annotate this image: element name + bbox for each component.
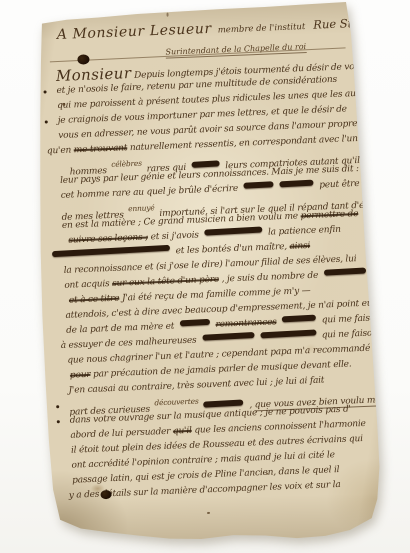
address-role: membre de l'institut	[218, 22, 306, 36]
inserted-word: découvertes	[154, 397, 198, 408]
obliterated-segment	[202, 332, 254, 341]
obliterated-segment	[243, 181, 273, 189]
text-segment: et si j'avois	[148, 230, 202, 242]
text-segment	[276, 317, 279, 327]
struck-segment: sur eux la tête d'un père	[112, 275, 219, 289]
ink-speck	[166, 13, 168, 17]
margin-dot	[44, 90, 47, 93]
ink-blot	[77, 54, 89, 64]
struck-segment: et à ce titre	[69, 294, 120, 306]
text-segment: qui ne faisoient	[319, 328, 389, 341]
text-segment: abord de lui persuader	[70, 427, 173, 441]
obliterated-segment	[279, 180, 313, 188]
photo-background: A Monsieur Lesueurmembre de l'institutRu…	[0, 0, 410, 553]
struck-segment: remontrances	[215, 317, 276, 329]
struck-segment: qu'il	[173, 426, 192, 437]
obliterated-segment	[260, 329, 316, 338]
obliterated-segment	[324, 267, 366, 275]
margin-dot	[57, 420, 60, 423]
text-segment: , je suis du nombre de	[219, 271, 321, 285]
obliterated-segment	[282, 315, 316, 323]
text-segment: de la part de ma mère et	[66, 321, 177, 335]
address-header: A Monsieur Lesueurmembre de l'institutRu…	[56, 11, 369, 62]
ink-speck	[62, 103, 65, 106]
text-segment: la patience enfin	[265, 225, 341, 238]
ink-speck	[207, 512, 210, 514]
manuscript-body: Monsieur Depuis longtemps j'étois tourme…	[56, 56, 387, 503]
struck-segment: me trouvant	[74, 143, 128, 155]
address-street: Rue St Anne n°15	[313, 14, 410, 32]
obliterated-segment	[204, 226, 262, 235]
text-segment: et les bontés d'un maître,	[173, 242, 290, 257]
struck-segment: ainsi	[289, 241, 310, 252]
ink-speck	[266, 473, 268, 475]
text-segment: qu'en	[47, 145, 74, 156]
inserted-word: célèbres	[111, 159, 142, 169]
manuscript-page: A Monsieur Lesueurmembre de l'institutRu…	[20, 0, 385, 549]
margin-dot	[45, 120, 48, 123]
margin-dot	[56, 405, 59, 408]
text-segment: peut être par	[316, 178, 377, 190]
obliterated-segment	[180, 319, 210, 327]
struck-segment: pour	[70, 370, 91, 381]
struck-segment: permettre de	[300, 209, 358, 221]
inserted-word: ennuyé	[128, 203, 155, 213]
text-segment: qui me faisoient	[319, 313, 392, 326]
struck-segment: suivre ses leçons ;	[68, 232, 148, 245]
text-segment: ont acquis	[64, 279, 112, 291]
